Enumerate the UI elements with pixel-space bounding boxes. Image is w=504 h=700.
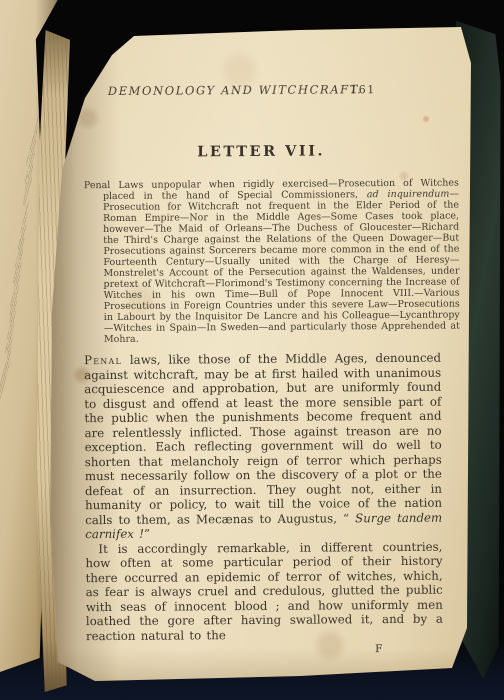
facing-page-fragment: remove these [0,332,13,440]
facing-page-fragment: in the sou [0,294,18,402]
synopsis-latin-phrase: ad inquirendum [367,189,450,201]
facing-page-fragment: as well as [10,146,36,254]
facing-page-fragment: the weapon [11,133,37,241]
facing-page-fragment: cruel death [0,232,25,340]
facing-page-fragment: turning [7,171,33,279]
facing-page-fragment: rendered [0,244,24,352]
facing-page-fragment: which was [0,269,21,377]
paragraph: It is accordingly remarkable, in differe… [85,539,443,643]
facing-page-fragment: be altered [0,307,16,415]
body-text: Penal laws, like those of the Middle Age… [84,351,443,659]
facing-page-fragment: movement of [0,357,10,465]
paragraph: Penal laws, like those of the Middle Age… [84,351,442,542]
running-head: DEMONOLOGY AND WITCHCRAFT. [82,82,388,98]
facing-page-fragment: could be [13,121,39,229]
facing-page-fragment: letter I [0,319,15,427]
facing-page-fragment: remembered [0,344,12,452]
signature-mark: F [86,642,443,659]
synopsis-text: —Prosecution for Witchcraft not frequent… [103,189,460,345]
book-page: DEMONOLOGY AND WITCHCRAFT. 161 LETTER VI… [0,0,504,700]
facing-page-text: for sympathy could be the weapon as well… [0,108,40,464]
chapter-synopsis: Penal Laws unpopular when rigidly exerci… [84,178,460,346]
facing-page-fragment: which na- [2,207,28,315]
facing-page-fragment: the good [0,282,19,390]
facing-page-fragment: of philo- [4,194,30,302]
chapter-heading: LETTER VII. [83,142,440,161]
facing-page-fragment: for sympathy [14,108,40,216]
page-number: 161 [350,83,376,96]
paragraph-text: laws, like those of the Middle Ages, den… [84,351,442,527]
facing-page-fragment: constantly [8,158,34,266]
facing-page-fragment: must doubt [0,257,22,365]
paragraph-text: ” [144,527,150,541]
facing-page-fragment: al common [1,219,27,327]
book-photo: for sympathy could be the weapon as well… [0,0,504,700]
lead-word-smallcaps: Penal [84,353,122,367]
page-text-layer: DEMONOLOGY AND WITCHCRAFT. 161 LETTER VI… [0,0,504,700]
